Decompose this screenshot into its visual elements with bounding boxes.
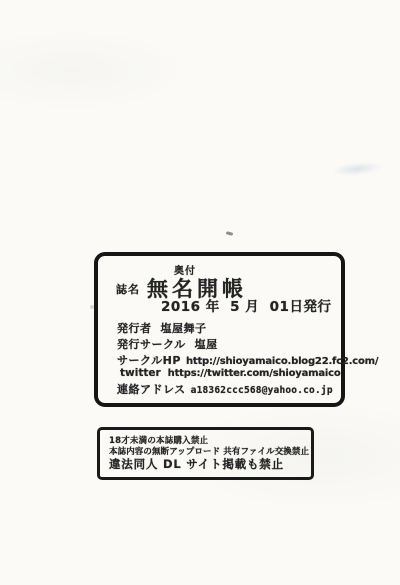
circle-name: 塩屋	[195, 338, 218, 351]
contact-row: 連絡アドレスa18362ccc568@yahoo.co.jp	[117, 381, 333, 397]
warning-box: 18才未満の本誌購入禁止 本誌内容の無断アップロード 共有ファイル交換禁止 違法…	[97, 427, 314, 480]
circle-row: 発行サークル塩屋	[117, 336, 218, 352]
title-label: 誌名	[116, 283, 140, 296]
warning-dl-site-prohibition: 違法同人 DL サイト掲載も禁止	[109, 456, 284, 472]
twitter-url: https://twitter.com/shioyamaico	[168, 368, 341, 379]
scanned-colophon-page: 奥付 誌名無名開帳 2016 年 5 月 01日発行 発行者塩屋舞子 発行サーク…	[0, 0, 400, 585]
publisher-label: 発行者	[117, 322, 152, 335]
contact-label: 連絡アドレス	[117, 383, 186, 396]
twitter-label: twitter	[120, 367, 161, 379]
scan-speck	[226, 231, 234, 236]
twitter-row: twitterhttps://twitter.com/shioyamaico	[120, 366, 341, 379]
circle-label: 発行サークル	[117, 338, 186, 351]
publisher-row: 発行者塩屋舞子	[117, 320, 207, 336]
book-title-row: 誌名無名開帳	[116, 273, 247, 297]
contact-email: a18362ccc568@yahoo.co.jp	[191, 385, 333, 396]
publisher-name: 塩屋舞子	[161, 322, 207, 335]
scan-smudge	[324, 155, 390, 182]
colophon-box: 奥付 誌名無名開帳 2016 年 5 月 01日発行 発行者塩屋舞子 発行サーク…	[94, 252, 345, 407]
publish-date: 2016 年 5 月 01日発行	[161, 295, 331, 315]
